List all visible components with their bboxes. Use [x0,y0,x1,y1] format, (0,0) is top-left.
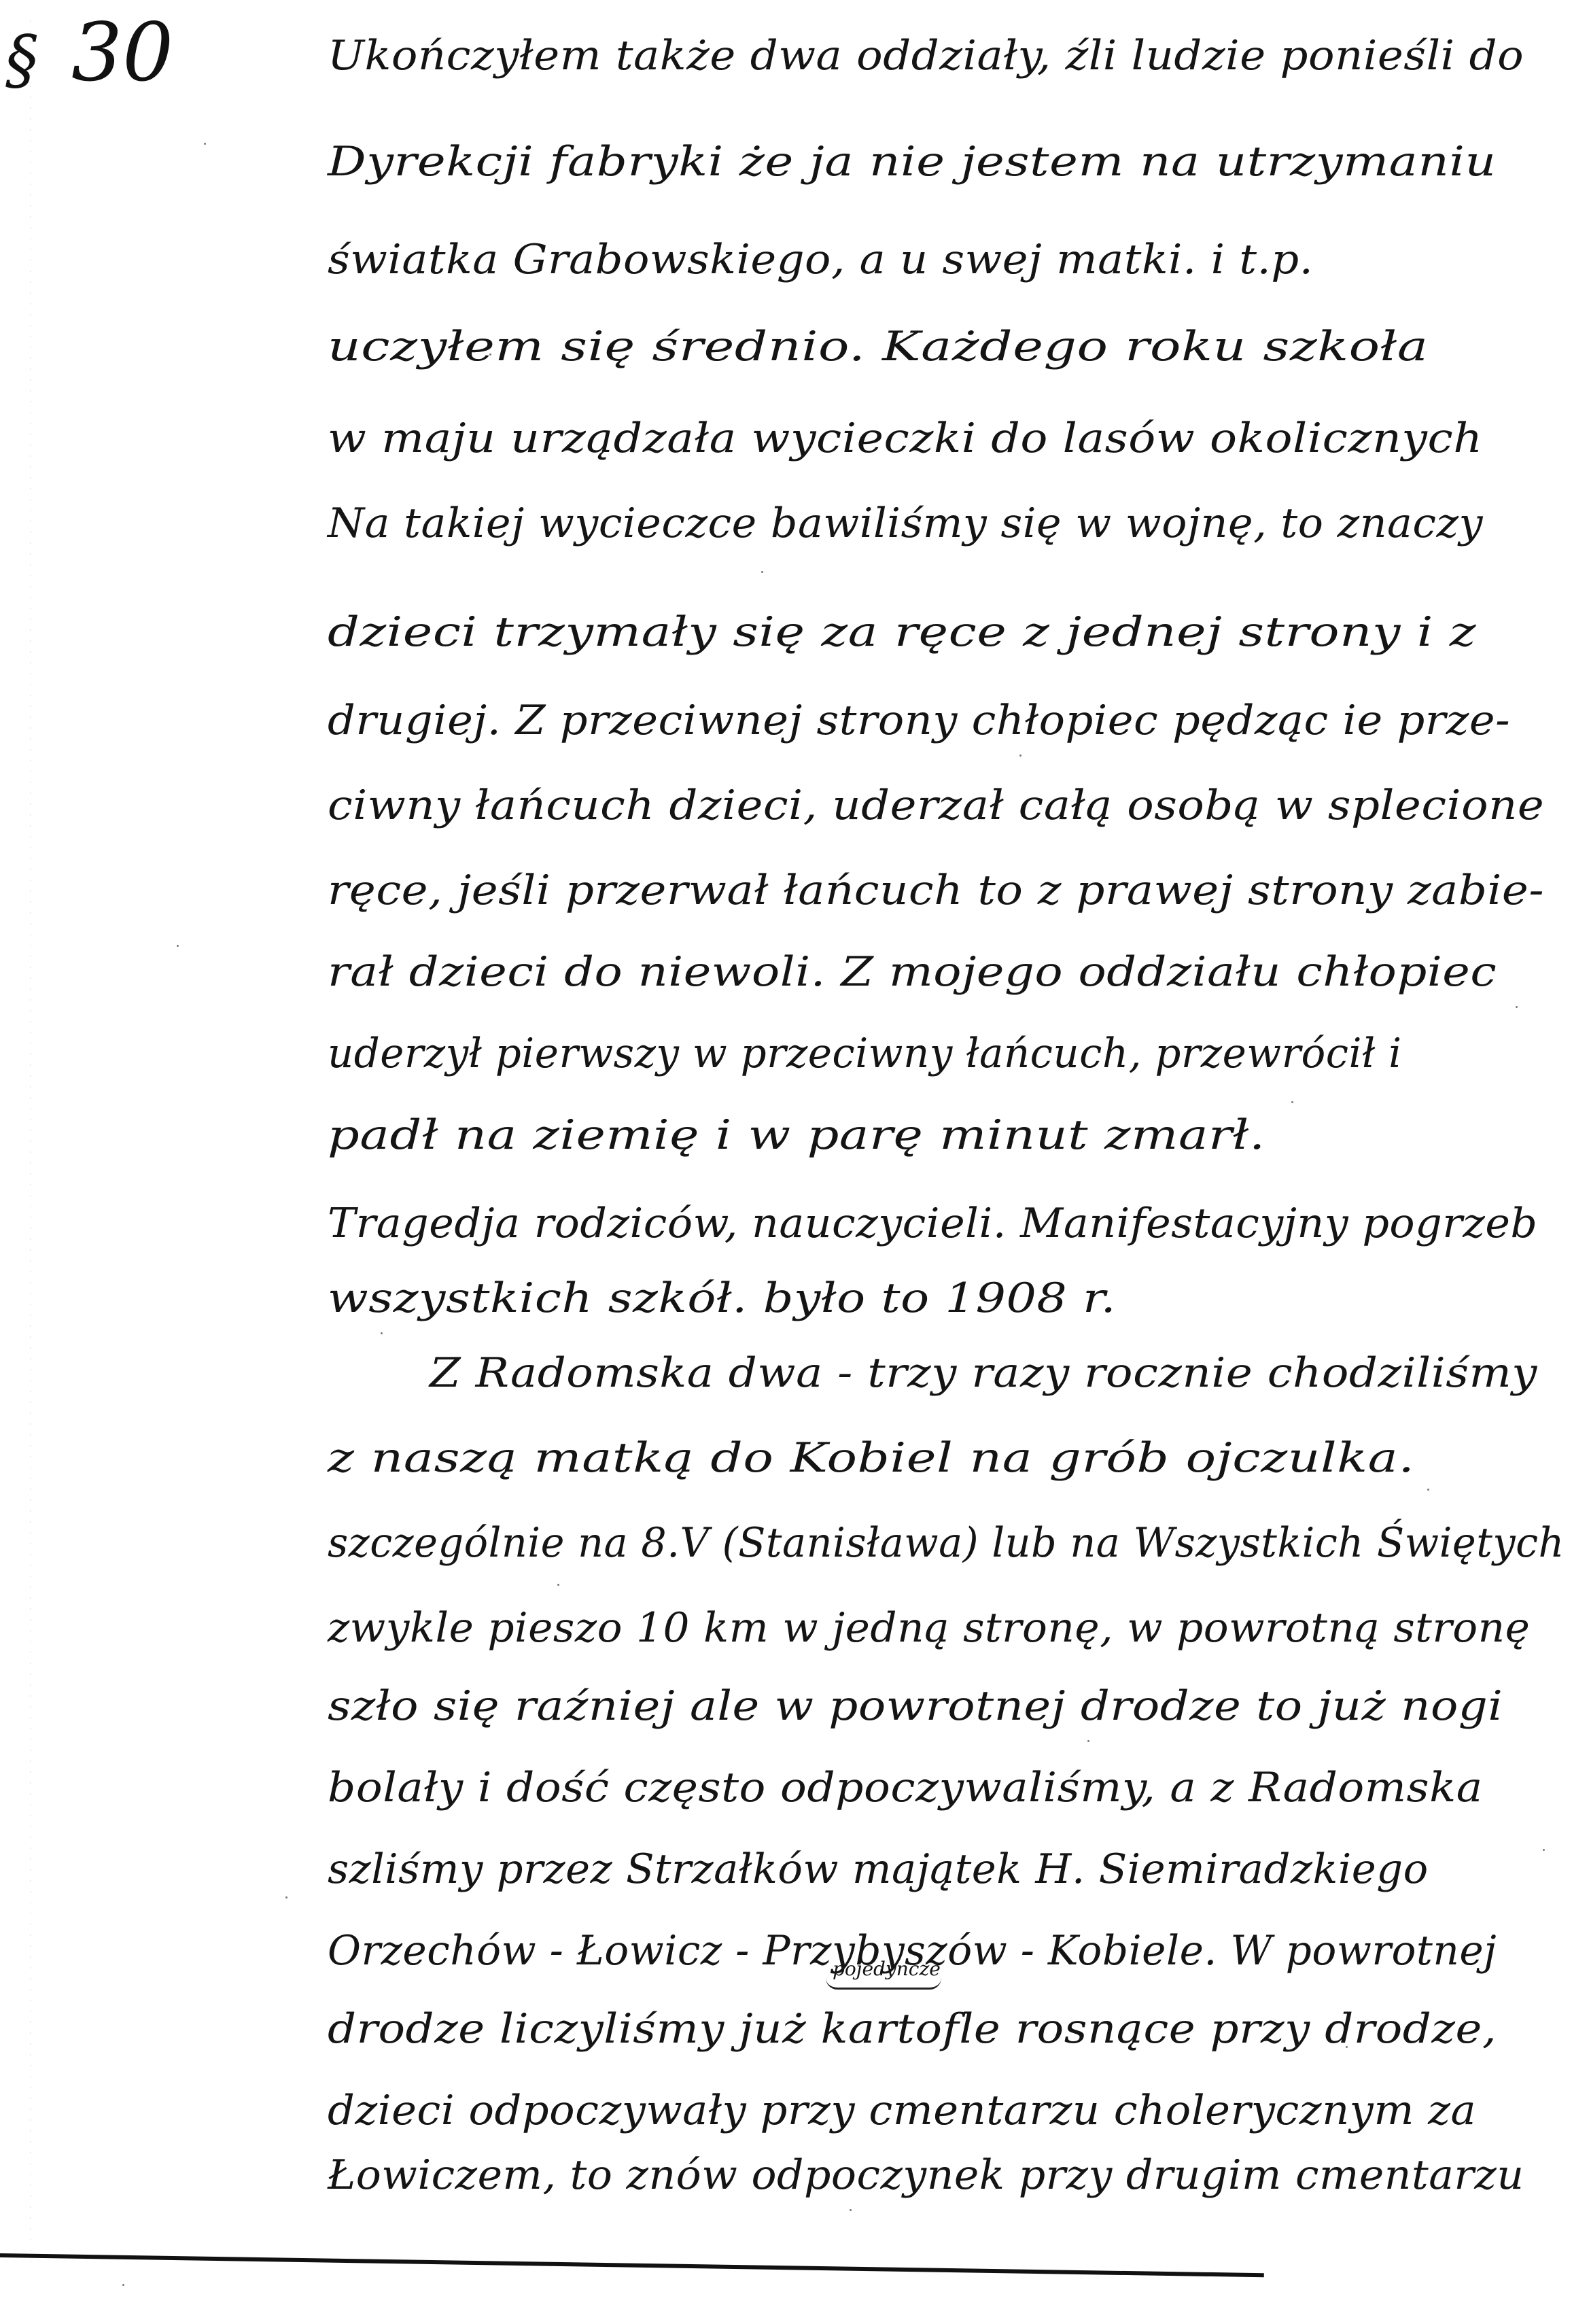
scan-speck [557,1584,559,1586]
manuscript-line: dzieci trzymały się za ręce z jednej str… [328,612,1476,653]
manuscript-line: ręce, jeśli przerwał łańcuch to z prawej… [328,870,1544,911]
scan-speck [177,945,179,947]
manuscript-line: światka Grabowskiego, a u swej matki. i … [328,239,1313,280]
scan-speck [1291,1101,1293,1103]
manuscript-line: rał dzieci do niewoli. Z mojego oddziału… [328,952,1497,992]
scan-speck [381,1332,383,1334]
manuscript-line: padł na ziemię i w parę minut zmarł. [328,1115,1265,1156]
manuscript-line: szczególnie na 8.V (Stanisława) lub na W… [328,1523,1565,1563]
page-number: 30 [71,12,173,92]
scan-speck [761,571,763,573]
scan-speck [1516,1006,1518,1008]
manuscript-line: drugiej. Z przeciwnej strony chłopiec pę… [328,700,1510,741]
scan-speck [285,1896,287,1898]
scan-speck [1087,1740,1089,1742]
manuscript-line: Na takiej wycieczce bawiliśmy się w wojn… [328,503,1483,544]
manuscript-line: dzieci odpoczywały przy cmentarzu choler… [328,2090,1476,2131]
manuscript-line: ciwny łańcuch dzieci, uderzał całą osobą… [328,785,1544,826]
manuscript-line: drodze liczyliśmy już kartofle rosnące p… [328,2009,1497,2049]
manuscript-line: Łowiczem, to znów odpoczynek przy drugim… [328,2155,1524,2196]
insertion-caret-arc [826,1978,941,1990]
scan-speck [1019,755,1021,757]
manuscript-line: szliśmy przez Strzałków majątek H. Siemi… [328,1849,1429,1890]
manuscript-line: bolały i dość często odpoczywaliśmy, a z… [328,1767,1483,1808]
scan-speck [122,2284,124,2286]
manuscript-line: uderzył pierwszy w przeciwny łańcuch, pr… [328,1033,1402,1074]
page-bottom-edge-line [0,2253,1264,2277]
manuscript-line: w maju urządzała wycieczki do lasów okol… [328,418,1483,459]
manuscript-line: Tragedja rodziców, nauczycieli. Manifest… [328,1203,1538,1244]
section-mark: § [5,27,38,92]
scan-speck [204,143,206,145]
manuscript-line: Dyrekcji fabryki że ja nie jestem na utr… [328,141,1497,182]
manuscript-line: wszystkich szkół. było to 1908 r. [328,1278,1116,1319]
manuscript-line: z naszą matką do Kobiel na grób ojczulka… [328,1438,1415,1478]
scan-speck [1346,2046,1348,2048]
manuscript-line: zwykle pieszo 10 km w jedną stronę, w po… [328,1608,1530,1648]
manuscript-line: szło się raźniej ale w powrotnej drodze … [328,1686,1503,1727]
manuscript-line: Z Radomska dwa - trzy razy rocznie chodz… [430,1353,1537,1393]
manuscript-line: uczyłem się średnio. Każdego roku szkoła [328,326,1429,367]
margin-fold-line [30,20,31,2264]
interlinear-insertion: pojedyncze [833,1958,941,1980]
scan-speck [489,353,491,355]
manuscript-line: Ukończyłem także dwa oddziały, źli ludzi… [328,35,1524,76]
scan-speck [1543,1849,1545,1851]
scan-speck [1427,1489,1429,1491]
manuscript-page: § 30 Ukończyłem także dwa oddziały, źli … [0,0,1572,2324]
scan-speck [850,2209,852,2211]
